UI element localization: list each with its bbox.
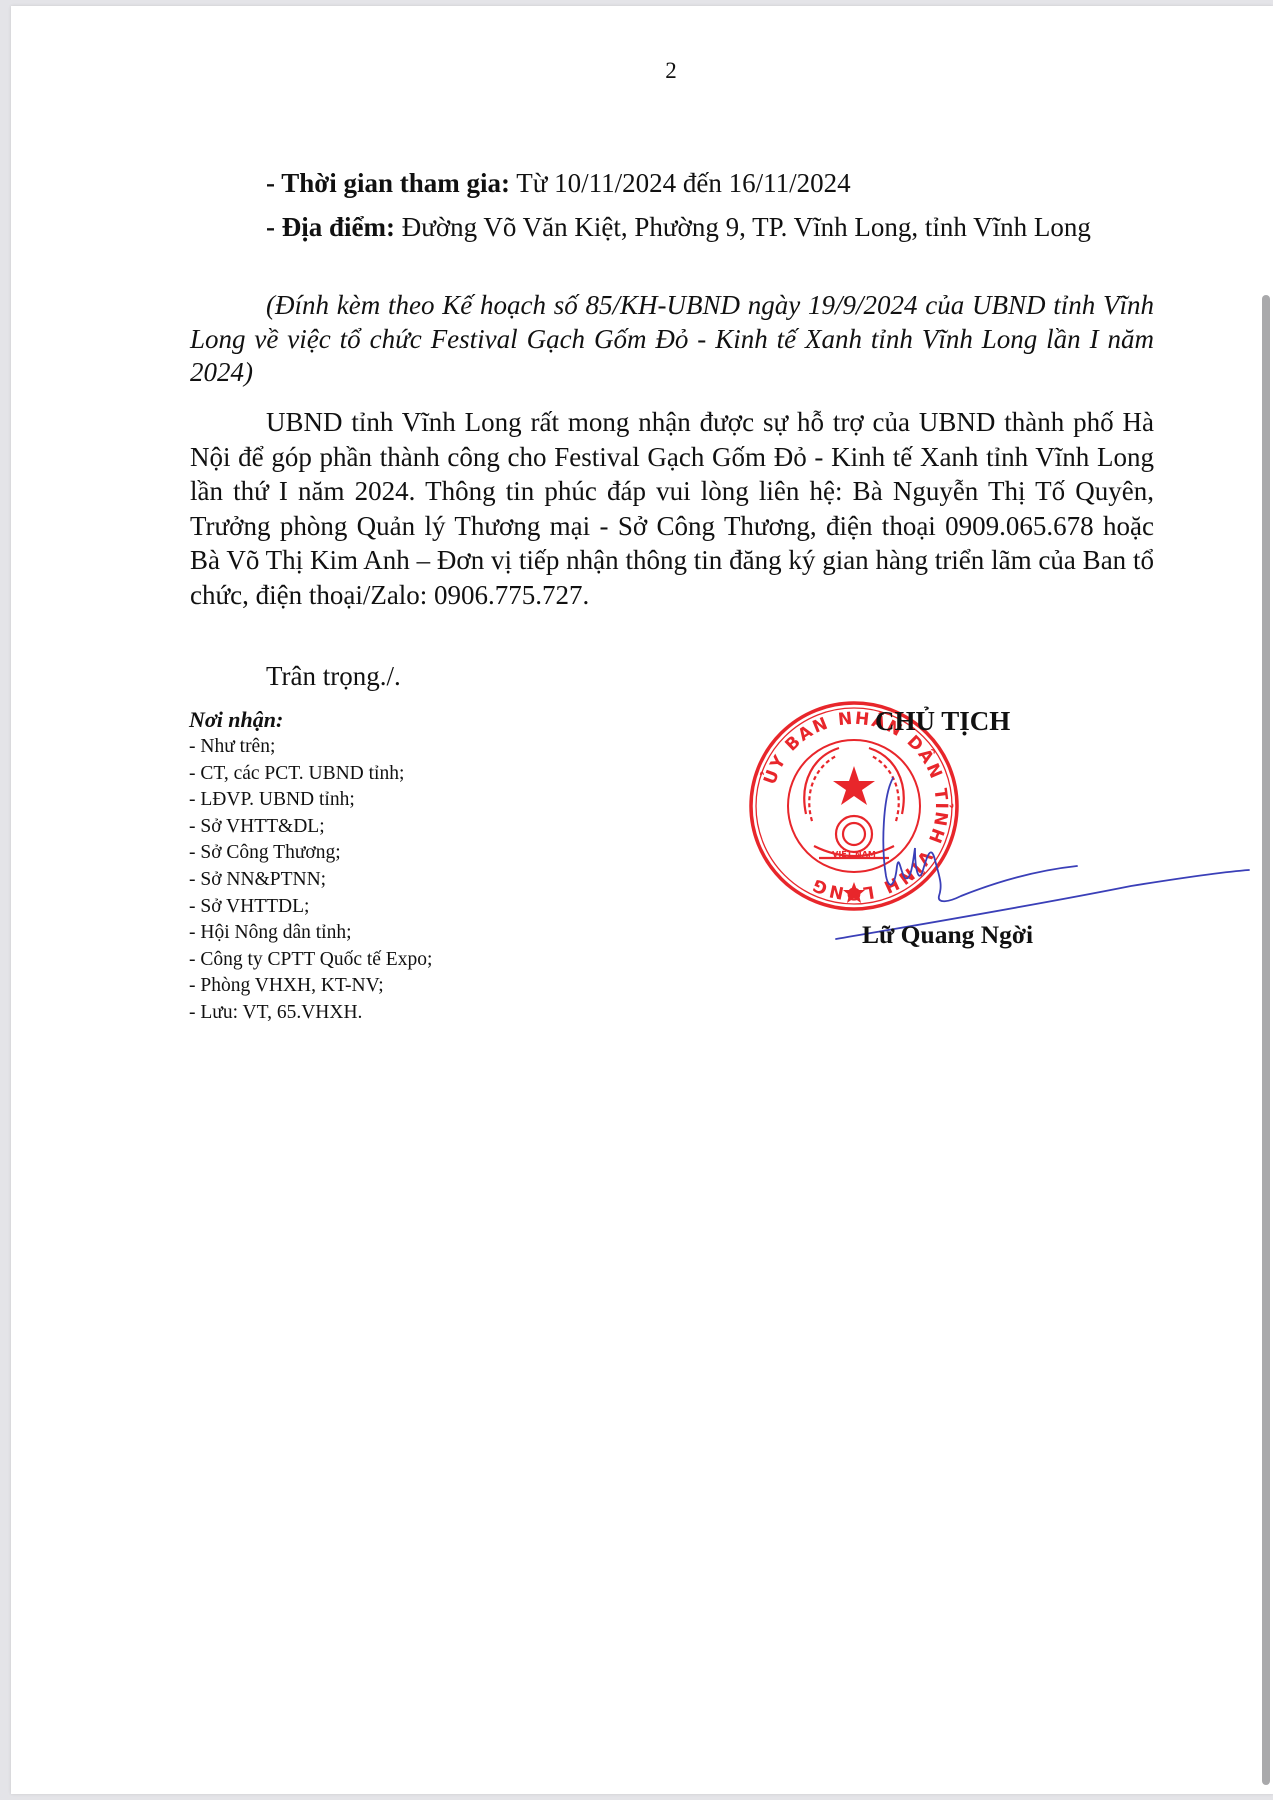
participation-time-value: Từ 10/11/2024 đến 16/11/2024 (510, 168, 851, 198)
recipient-item: - Phòng VHXH, KT-NV; (189, 973, 432, 1000)
recipient-item: - Như trên; (189, 734, 432, 761)
participation-time-label: - Thời gian tham gia: (266, 168, 510, 198)
signer-title: CHỦ TỊCH (875, 704, 1010, 738)
recipient-item: - CT, các PCT. UBND tỉnh; (189, 761, 432, 788)
body-paragraph: UBND tỉnh Vĩnh Long rất mong nhận được s… (190, 405, 1154, 612)
location-value: Đường Võ Văn Kiệt, Phường 9, TP. Vĩnh Lo… (395, 212, 1091, 242)
closing-line: Trân trọng./. (190, 659, 1154, 694)
recipient-item: - Sở Công Thương; (189, 840, 432, 867)
recipient-item: - LĐVP. UBND tỉnh; (189, 787, 432, 814)
page-number: 2 (11, 56, 1273, 86)
recipient-item: - Sở NN&PTNN; (189, 867, 432, 894)
document-page: 2 - Thời gian tham gia: Từ 10/11/2024 đế… (11, 6, 1273, 1794)
recipient-item: - Sở VHTT&DL; (189, 814, 432, 841)
recipient-item: - Sở VHTTDL; (189, 894, 432, 921)
recipient-item: - Lưu: VT, 65.VHXH. (189, 1000, 432, 1027)
recipient-item: - Công ty CPTT Quốc tế Expo; (189, 947, 432, 974)
signer-name: Lữ Quang Ngời (862, 918, 1033, 952)
attachment-note: (Đính kèm theo Kế hoạch số 85/KH-UBND ng… (190, 289, 1154, 390)
recipients-block: Nơi nhận: - Như trên;- CT, các PCT. UBND… (189, 706, 432, 1027)
recipient-item: - Hội Nông dân tỉnh; (189, 920, 432, 947)
document-viewer: 2 - Thời gian tham gia: Từ 10/11/2024 đế… (0, 0, 1273, 1800)
location-line: - Địa điểm: Đường Võ Văn Kiệt, Phường 9,… (190, 210, 1154, 244)
participation-time-line: - Thời gian tham gia: Từ 10/11/2024 đến … (190, 166, 1154, 201)
vertical-scrollbar[interactable] (1262, 295, 1270, 1785)
recipients-list: - Như trên;- CT, các PCT. UBND tỉnh;- LĐ… (189, 734, 432, 1027)
recipients-heading: Nơi nhận: (189, 706, 432, 734)
location-label: - Địa điểm: (266, 212, 395, 242)
